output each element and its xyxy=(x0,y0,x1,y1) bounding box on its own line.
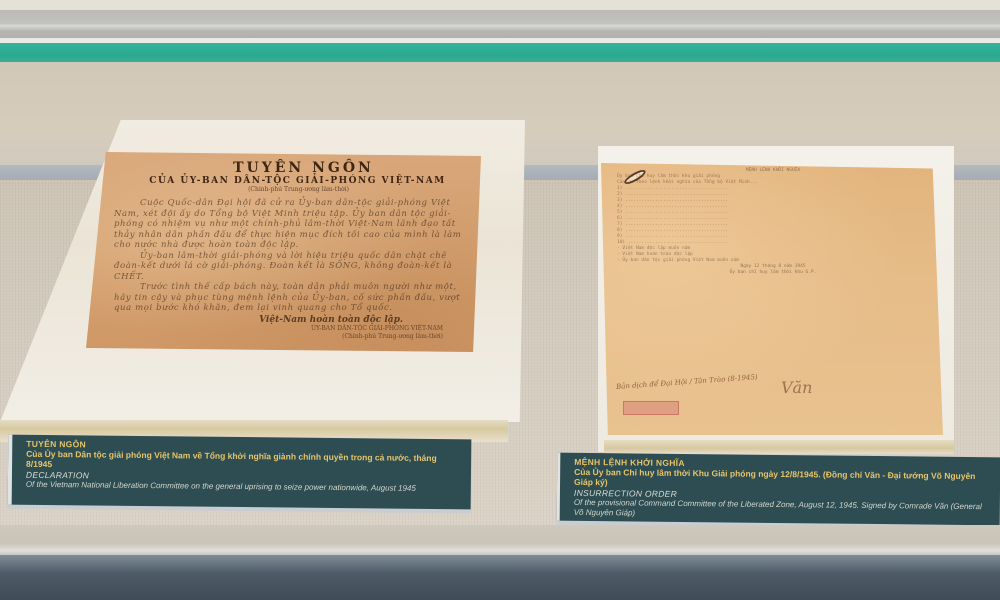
case-front-base xyxy=(0,555,1000,600)
signature-van: Văn xyxy=(781,385,812,391)
handwritten-note: Bản dịch để Đại Hội / Tân Trào (8-1945) xyxy=(616,373,758,392)
declaration-signature-2: (Chính-phủ Trung-ương lâm-thời) xyxy=(114,333,443,341)
right-mount-edge xyxy=(604,440,954,454)
case-teal-rail xyxy=(0,43,1000,63)
declaration-paragraph: Ủy-ban lâm-thời giải-phóng và lời hiệu t… xyxy=(114,251,463,283)
declaration-document: TUYÊN NGÔN CỦA ỦY-BAN DÂN-TỘC GIẢI-PHÓNG… xyxy=(86,152,481,352)
declaration-subtitle-2: (Chính-phủ Trung-ương lâm-thời) xyxy=(134,186,463,193)
plaque-desc-en: Of the provisional Command Committee of … xyxy=(574,498,986,522)
declaration-closing: Việt-Nam hoàn toàn độc lập. xyxy=(114,315,403,325)
red-stamp xyxy=(623,401,679,415)
case-grey-rail xyxy=(0,10,1000,40)
declaration-paragraph: Trước tình thế cấp bách này, toàn dân ph… xyxy=(114,282,463,314)
declaration-signature-1: ỦY-BAN DÂN-TỘC GIẢI-PHÓNG VIỆT-NAM xyxy=(114,325,443,333)
declaration-body: Cuộc Quốc-dân Đại hội đã cử ra Ủy-ban dâ… xyxy=(114,198,463,314)
declaration-title: TUYÊN NGÔN xyxy=(144,160,463,176)
caption-plaque-insurrection-order: MỆNH LỆNH KHỞI NGHĨA Của Ủy ban Chỉ huy … xyxy=(557,453,1000,526)
insurrection-order-document: MỆNH LỆNH KHỞI NGHĨA Ủy ban chỉ huy lâm … xyxy=(601,163,943,435)
order-committee: Ủy ban chỉ huy lâm thời khu G.P. xyxy=(617,270,929,276)
caption-plaque-declaration: TUYÊN NGÔN Của Ủy ban Dân tộc giải phóng… xyxy=(8,435,472,510)
declaration-subtitle: CỦA ỦY-BAN DÂN-TỘC GIẢI-PHÓNG VIỆT-NAM xyxy=(132,176,463,186)
case-front-lip xyxy=(0,525,1000,555)
declaration-paragraph: Cuộc Quốc-dân Đại hội đã cử ra Ủy-ban dâ… xyxy=(114,198,463,251)
